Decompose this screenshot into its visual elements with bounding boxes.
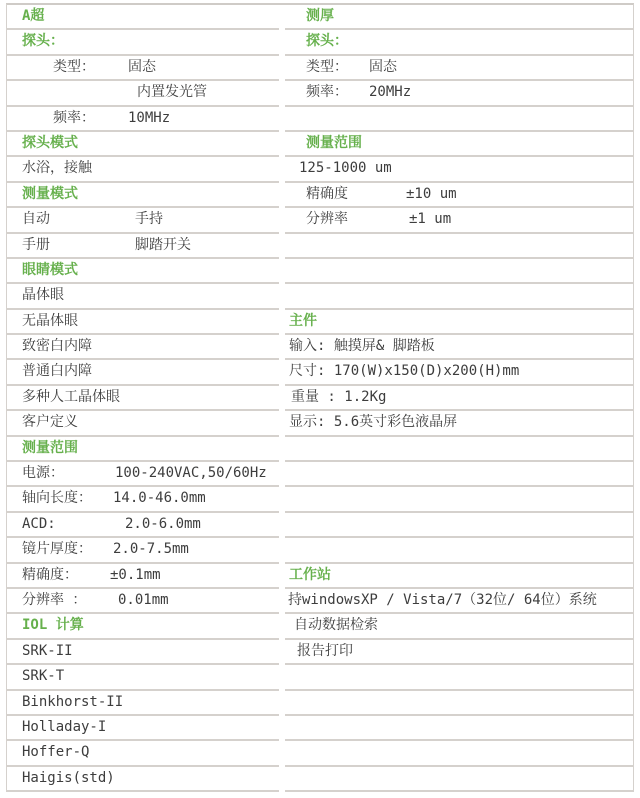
spec-text: Holladay-I — [22, 716, 106, 739]
spec-row-right — [285, 665, 633, 690]
spec-text: 尺寸: 170(W)x150(D)x200(H)mm — [289, 360, 519, 383]
spec-row-right: 输入: 触摸屏& 脚踏板 — [285, 335, 633, 360]
spec-text: SRK-II — [22, 640, 73, 663]
spec-text: Haigis(std) — [22, 767, 115, 790]
spec-text: 分辨率 — [306, 208, 348, 231]
spec-text: 水浴，接触 — [22, 157, 92, 180]
spec-row-right: 自动数据检索 — [285, 614, 633, 639]
spec-text: SRK-T — [22, 665, 64, 688]
spec-text: 显示: 5.6英寸彩色液晶屏 — [289, 411, 457, 434]
spec-row-right — [285, 538, 633, 563]
spec-text: 0.01mm — [118, 589, 169, 612]
spec-text: 报告打印 — [297, 640, 353, 663]
section-header: 主件 — [289, 310, 317, 333]
spec-text: 10MHz — [128, 107, 170, 130]
spec-row-right: 报告打印 — [285, 640, 633, 665]
spec-row-left: 频率：10MHz — [7, 107, 279, 132]
spec-text: 手册 — [22, 234, 50, 257]
spec-text: 手持 — [135, 208, 163, 231]
spec-row-left: 分辨率 ：0.01mm — [7, 589, 279, 614]
spec-row-left: 无晶体眼 — [7, 310, 279, 335]
spec-text: 频率： — [53, 107, 95, 130]
spec-row-right: 分辨率±1 um — [285, 208, 633, 233]
spec-text: 晶体眼 — [22, 284, 64, 307]
spec-row-right — [285, 716, 633, 741]
spec-text: 普通白内障 — [22, 360, 92, 383]
spec-row-right: 工作站 — [285, 564, 633, 589]
spec-row-left: 手册脚踏开关 — [7, 234, 279, 259]
spec-row-left: 客户定义 — [7, 411, 279, 436]
spec-text: 2.0-6.0mm — [125, 513, 201, 536]
spec-text: Hoffer-Q — [22, 741, 89, 764]
spec-row-right: 测厚 — [285, 5, 633, 30]
section-header: IOL 计算 — [22, 614, 84, 637]
spec-text: Binkhorst-II — [22, 691, 123, 714]
spec-row-right — [285, 234, 633, 259]
spec-row-left: 探头模式 — [7, 132, 279, 157]
spec-text: 持windowsXP / Vista/7（32位/ 64位）系统 — [288, 589, 597, 612]
spec-text: 类型： — [53, 56, 95, 79]
spec-row-right: 尺寸: 170(W)x150(D)x200(H)mm — [285, 360, 633, 385]
spec-row-left: ACD:2.0-6.0mm — [7, 513, 279, 538]
spec-text: 致密白内障 — [22, 335, 92, 358]
spec-text: 重量 : 1.2Kg — [291, 386, 386, 409]
section-header: 测量范围 — [306, 132, 362, 155]
spec-row-right — [285, 437, 633, 462]
section-header: A超 — [22, 5, 44, 28]
spec-text: 固态 — [128, 56, 156, 79]
spec-text: 自动 — [22, 208, 50, 231]
spec-text: 100-240VAC,50/60Hz — [115, 462, 267, 485]
spec-row-left: 多种人工晶体眼 — [7, 386, 279, 411]
spec-row-left: IOL 计算 — [7, 614, 279, 639]
spec-row-right — [285, 767, 633, 792]
spec-row-right: 测量范围 — [285, 132, 633, 157]
spec-text: 输入: 触摸屏& 脚踏板 — [289, 335, 435, 358]
spec-row-left: 自动手持 — [7, 208, 279, 233]
spec-row-right — [285, 284, 633, 309]
spec-text: 自动数据检索 — [294, 614, 378, 637]
spec-row-left: Haigis(std) — [7, 767, 279, 792]
spec-text: 精确度 — [306, 183, 348, 206]
spec-row-right — [285, 462, 633, 487]
spec-text: 频率： — [306, 81, 348, 104]
spec-row-left: 测量范围 — [7, 437, 279, 462]
spec-text: ±10 um — [406, 183, 457, 206]
spec-row-right — [285, 513, 633, 538]
spec-text: 客户定义 — [22, 411, 78, 434]
spec-text: 脚踏开关 — [135, 234, 191, 257]
spec-table: A超测厚探头：探头：类型：固态类型：固态内置发光管频率：20MHz频率：10MH… — [6, 3, 634, 792]
spec-text: 分辨率 ： — [22, 589, 86, 612]
spec-text: 多种人工晶体眼 — [22, 386, 120, 409]
spec-row-left: 内置发光管 — [7, 81, 279, 106]
section-header: 测量范围 — [22, 437, 78, 460]
spec-row-left: 晶体眼 — [7, 284, 279, 309]
spec-text: 镜片厚度： — [22, 538, 92, 561]
section-header: 测厚 — [306, 5, 334, 28]
spec-row-left: 探头： — [7, 30, 279, 55]
spec-row-right: 探头： — [285, 30, 633, 55]
spec-text: 内置发光管 — [137, 81, 207, 104]
spec-text: 无晶体眼 — [22, 310, 78, 333]
spec-row-left: 眼睛模式 — [7, 259, 279, 284]
spec-row-left: 精确度：±0.1mm — [7, 564, 279, 589]
spec-row-right — [285, 107, 633, 132]
section-header: 探头： — [22, 30, 64, 53]
spec-row-right: 重量 : 1.2Kg — [285, 386, 633, 411]
section-header: 探头模式 — [22, 132, 78, 155]
spec-row-right: 125-1000 um — [285, 157, 633, 182]
spec-text: 125-1000 um — [299, 157, 392, 180]
spec-text: ACD: — [22, 513, 56, 536]
spec-row-left: 轴向长度：14.0-46.0mm — [7, 487, 279, 512]
spec-text: 精确度： — [22, 564, 78, 587]
spec-row-left: 测量模式 — [7, 183, 279, 208]
section-header: 眼睛模式 — [22, 259, 78, 282]
spec-row-left: 电源：100-240VAC,50/60Hz — [7, 462, 279, 487]
spec-row-left: 普通白内障 — [7, 360, 279, 385]
spec-text: 2.0-7.5mm — [113, 538, 189, 561]
spec-row-left: SRK-T — [7, 665, 279, 690]
spec-row-right — [285, 741, 633, 766]
spec-row-right — [285, 259, 633, 284]
section-header: 工作站 — [289, 564, 331, 587]
spec-row-right — [285, 487, 633, 512]
spec-text: 电源： — [22, 462, 64, 485]
spec-row-left: 镜片厚度：2.0-7.5mm — [7, 538, 279, 563]
spec-row-right: 显示: 5.6英寸彩色液晶屏 — [285, 411, 633, 436]
spec-text: ±1 um — [409, 208, 451, 231]
spec-text: ±0.1mm — [110, 564, 161, 587]
spec-text: 轴向长度： — [22, 487, 92, 510]
spec-row-right: 频率：20MHz — [285, 81, 633, 106]
spec-row-right: 持windowsXP / Vista/7（32位/ 64位）系统 — [285, 589, 633, 614]
spec-row-left: A超 — [7, 5, 279, 30]
spec-row-right: 精确度±10 um — [285, 183, 633, 208]
spec-row-left: Holladay-I — [7, 716, 279, 741]
spec-row-right: 类型：固态 — [285, 56, 633, 81]
spec-row-left: 致密白内障 — [7, 335, 279, 360]
spec-row-left: SRK-II — [7, 640, 279, 665]
spec-text: 固态 — [369, 56, 397, 79]
spec-text: 20MHz — [369, 81, 411, 104]
section-header: 测量模式 — [22, 183, 78, 206]
spec-text: 类型： — [306, 56, 348, 79]
section-header: 探头： — [306, 30, 348, 53]
spec-row-left: Hoffer-Q — [7, 741, 279, 766]
spec-row-right — [285, 691, 633, 716]
spec-text: 14.0-46.0mm — [113, 487, 206, 510]
spec-row-left: 类型：固态 — [7, 56, 279, 81]
spec-row-left: 水浴，接触 — [7, 157, 279, 182]
spec-row-left: Binkhorst-II — [7, 691, 279, 716]
spec-row-right: 主件 — [285, 310, 633, 335]
